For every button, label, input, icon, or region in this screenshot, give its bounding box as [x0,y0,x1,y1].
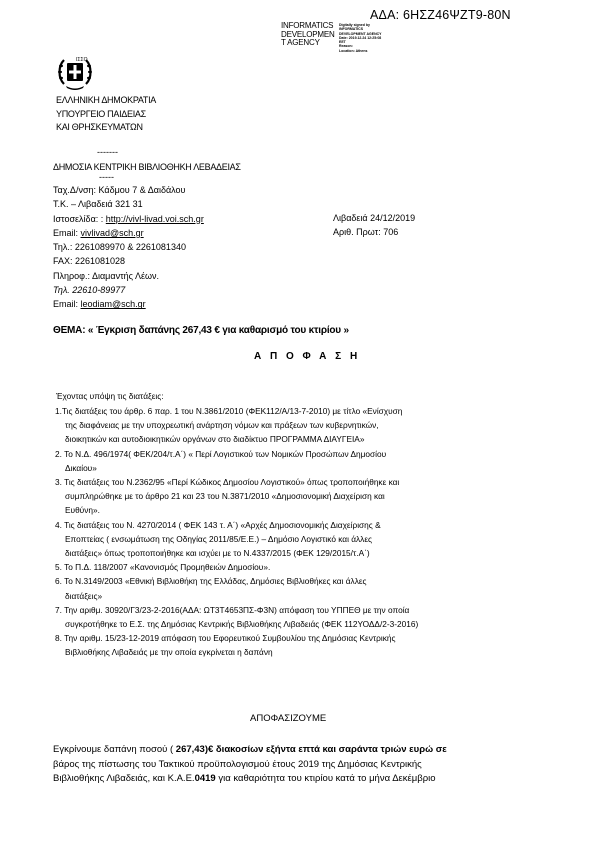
protocol-number: Αριθ. Πρωτ: 706 [333,227,398,237]
email-link[interactable]: vivlivad@sch.gr [81,228,144,238]
body-line: Εγκρίνουμε δαπάνη ποσού ( 267,43)€ διακο… [53,743,447,758]
separator: ------- [97,147,118,157]
consideration-line: 8. Την αριθμ. 15/23-12-2019 απόφαση του … [55,631,575,645]
consideration-line: 6. Το Ν.3149/2003 «Εθνική Βιβλιοθήκη της… [55,574,575,588]
consideration-line: διοικητικών και αυτοδιοικητικών οργάνων … [55,432,575,446]
consideration-line: Ευθύνη». [55,503,575,517]
email-row: Email: vivlivad@sch.gr [53,226,204,240]
ministry-name: ΥΠΟΥΡΓΕΙΟ ΠΑΙΔΕΙΑΣ [56,108,156,122]
digital-signature-label: INFORMATICS DEVELOPMEN T AGENCY [281,22,335,48]
consideration-item: 2. Το Ν.Δ. 496/1974( ΦΕΚ/204/τ.Α΄) « Περ… [55,447,575,475]
document-date: Λιβαδειά 24/12/2019 [333,213,415,223]
consideration-line: διατάξεις» [55,589,575,603]
contact-block: Ταχ.Δ/νση: Κάδμου 7 & Δαιδάλου Τ.Κ. – Λι… [53,183,204,312]
decision-body: Εγκρίνουμε δαπάνη ποσού ( 267,43)€ διακο… [53,743,447,787]
digital-signature-details: Digitally signed by INFORMATICS DEVELOPM… [339,23,381,53]
consideration-line: 1.Τις διατάξεις του άρθρ. 6 παρ. 1 του Ν… [55,404,575,418]
body-text: για καθαριότητα του κτιρίου κατά το μήνα… [216,773,436,784]
consideration-line: συμπληρώθηκε με το άρθρο 21 και 23 του Ν… [55,489,575,503]
info-email-link[interactable]: leodiam@sch.gr [81,299,146,309]
consideration-item: 7. Την αριθμ. 30920/Γ3/23-2-2016(ΑΔΑ: ΩΤ… [55,603,575,631]
state-name: ΕΛΛΗΝΙΚΗ ΔΗΜΟΚΡΑΤΙΑ [56,94,156,108]
info-email-label: Email: [53,299,81,309]
subject-line: ΘΕΜΑ: « Έγκριση δαπάνης 267,43 € για καθ… [53,325,349,336]
info-email-row: Email: leodiam@sch.gr [53,297,204,311]
ada-code: ΑΔΑ: 6ΗΣΖ46ΨΖΤ9-80Ν [370,8,511,22]
consideration-item: 8. Την αριθμ. 15/23-12-2019 απόφαση του … [55,631,575,659]
website-label: Ιστοσελίδα: : [53,214,106,224]
signature-detail: Location: Athens [339,49,381,53]
consideration-item: 5. Το Π.Δ. 118/2007 «Κανονισμός Προμηθει… [55,560,575,574]
decision-title: Α Π Ο Φ Α Σ Η [254,351,360,362]
amount-text: 267,43)€ διακοσίων εξήντα επτά και σαράν… [176,744,447,755]
greek-coat-of-arms-icon: ΙΣΣΟ [56,54,94,92]
consideration-item: 6. Το Ν.3149/2003 «Εθνική Βιβλιοθήκη της… [55,574,575,602]
website-row: Ιστοσελίδα: : http://vivl-livad.voi.sch.… [53,212,204,226]
consideration-line: 4. Τις διατάξεις του Ν. 4270/2014 ( ΦΕΚ … [55,518,575,532]
separator: ----- [99,172,114,182]
info-phone: Τηλ. 22610-89977 [53,283,204,297]
consideration-line: Δικαίου» [55,461,575,475]
consideration-line: Εποπτείας ( ενσωμάτωση της Οδηγίας 2011/… [55,532,575,546]
consideration-line: Βιβλιοθήκης Λιβαδειάς με την οποία εγκρί… [55,645,575,659]
library-name: ΔΗΜΟΣΙΑ ΚΕΝΤΡΙΚΗ ΒΙΒΛΙΟΘΗΚΗ ΛΕΒΑΔΕΙΑΣ [53,162,241,172]
consideration-line: διατάξεις» όπως τροποποιήθηκε και ισχύει… [55,546,575,560]
ministry-name-cont: ΚΑΙ ΘΡΗΣΚΕΥΜΑΤΩΝ [56,121,156,135]
svg-text:ΙΣΣΟ: ΙΣΣΟ [76,57,88,63]
consideration-line: της διαφάνειας με την υποχρεωτική ανάρτη… [55,418,575,432]
email-label: Email: [53,228,81,238]
website-link[interactable]: http://vivl-livad.voi.sch.gr [106,214,204,224]
body-line: βάρος της πίστωσης του Τακτικού προϋπολο… [53,758,447,773]
kae-code: 0419 [195,773,216,784]
consideration-line: 7. Την αριθμ. 30920/Γ3/23-2-2016(ΑΔΑ: ΩΤ… [55,603,575,617]
considerations-intro: Έχοντας υπόψη τις διατάξεις: [56,391,164,401]
signature-line: T AGENCY [281,39,335,48]
issuer-state: ΕΛΛΗΝΙΚΗ ΔΗΜΟΚΡΑΤΙΑ ΥΠΟΥΡΓΕΙΟ ΠΑΙΔΕΙΑΣ Κ… [56,94,156,135]
consideration-line: 3. Τις διατάξεις του Ν.2362/95 «Περί Κώδ… [55,475,575,489]
body-line: Βιβλιοθήκης Λιβαδειάς, και Κ.Α.Ε.0419 γι… [53,772,447,787]
body-text: Εγκρίνουμε δαπάνη ποσού ( [53,744,176,755]
consideration-line: συγκροτήθηκε το Ε.Σ. της Δημόσιας Κεντρι… [55,617,575,631]
fax: FAX: 2261081028 [53,254,204,268]
decide-title: ΑΠΟΦΑΣΙΖΟΥΜΕ [250,713,326,724]
address: Ταχ.Δ/νση: Κάδμου 7 & Δαιδάλου [53,183,204,197]
considerations-list: 1.Τις διατάξεις του άρθρ. 6 παρ. 1 του Ν… [55,404,575,660]
postal-code: Τ.Κ. – Λιβαδειά 321 31 [53,197,204,211]
consideration-line: 2. Το Ν.Δ. 496/1974( ΦΕΚ/204/τ.Α΄) « Περ… [55,447,575,461]
body-text: Βιβλιοθήκης Λιβαδειάς, και Κ.Α.Ε. [53,773,195,784]
phone: Τηλ.: 2261089970 & 2261081340 [53,240,204,254]
consideration-item: 1.Τις διατάξεις του άρθρ. 6 παρ. 1 του Ν… [55,404,575,447]
consideration-item: 3. Τις διατάξεις του Ν.2362/95 «Περί Κώδ… [55,475,575,518]
info-contact: Πληροφ.: Διαμαντής Λέων. [53,269,204,283]
consideration-line: 5. Το Π.Δ. 118/2007 «Κανονισμός Προμηθει… [55,560,575,574]
consideration-item: 4. Τις διατάξεις του Ν. 4270/2014 ( ΦΕΚ … [55,518,575,561]
